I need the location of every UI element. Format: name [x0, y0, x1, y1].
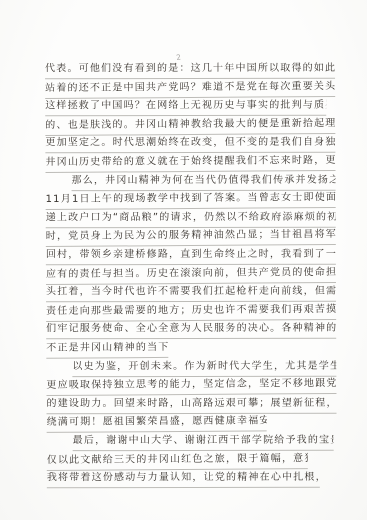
handwritten-line: 递上改户口为“商品粮”的请求，仍然以不给政府添麻烦的初心拒绝之 — [46, 208, 336, 228]
handwritten-line: 这样拯救了中国吗？在网络上无视历史与事实的批判与质疑是无益 — [45, 97, 335, 117]
handwritten-line: 代表。可他们没有看到的是：这几十年中国所以取得的如此大成就背后 — [45, 59, 335, 79]
handwritten-line: 应有的责任与担当。历史在滚滚向前，但共产党员的使命担当却始终在肩 — [46, 264, 336, 284]
handwritten-line-text: 站着的还不正是中国共产党吗？难道不是党在每次重要关头的全面决策才真正 — [45, 79, 335, 99]
handwritten-line: 的、也是肤浅的。井冈山精神教给我最大的便是重新拾起理想信念并 — [45, 115, 335, 135]
handwritten-line-text: 以史为鉴，开创未来。作为新时代大学生，尤其是学生党员，我们 — [72, 358, 336, 376]
handwritten-line-text: 井冈山历史带给的意义就在于始终提醒我们不忘来时路，更要勇敢前行。 — [45, 153, 335, 173]
handwritten-line-text: 应有的责任与担当。历史在滚滚向前，但共产党员的使命担当却始终在肩 — [46, 265, 336, 285]
handwritten-line-text: 那么，井冈山精神为何在当代仍值得我们传承并发扬之？我想我在 — [72, 172, 336, 190]
handwritten-line: 不正是井冈山精神的当下意义？ — [46, 338, 336, 358]
handwritten-line: 责任走向那些最需要的地方；历史也许不需要我们再艰苦摸爬，但需要我 — [46, 301, 336, 321]
handwritten-line-text: 更加坚定之。时代思潮始终在改变，但不变的是我们自身独立思考的能力。 — [45, 135, 335, 154]
handwritten-line: 仅以此文献给三天的井冈山红色之旅，限于篇幅，意犹未尽，但 — [47, 450, 337, 470]
handwritten-line-text: 仅以此文献给三天的井冈山红色之旅，限于篇幅，意犹未尽，但 — [47, 451, 308, 471]
handwritten-page: 2 代表。可他们没有看到的是：这几十年中国所以取得的如此大成就背后站着的还不正是… — [0, 0, 367, 520]
handwritten-line: 更应吸取保持独立思考的能力，坚定信念，坚定不移地跟党走，为党 — [46, 376, 336, 396]
handwritten-line-text: 更应吸取保持独立思考的能力，坚定信念，坚定不移地跟党走，为党 — [46, 376, 336, 396]
handwritten-line: 那么，井冈山精神为何在当代仍值得我们传承并发扬之？我想我在 — [45, 171, 335, 191]
handwritten-line: 绕满可期！愿祖国繁荣昌盛，愿西健康幸福安康！ — [47, 413, 337, 433]
handwritten-line: 最后，谢谢中山大学、谢谢江西干部学院给予我的宝贵机会。 — [47, 431, 337, 451]
handwritten-line-text: 不正是井冈山精神的当下意义？ — [46, 340, 168, 359]
handwritten-line-text: 11月1日上午的现场教学中找到了答案。当曾志女士即使面对阔别多年的儿子 — [46, 190, 336, 210]
handwritten-line-text: 绕满可期！愿祖国繁荣昌盛，愿西健康幸福安康！ — [47, 414, 268, 434]
handwritten-line-text: 递上改户口为“商品粮”的请求，仍然以不给政府添麻烦的初心拒绝之 — [46, 210, 336, 229]
handwritten-line-text: 时，党员身上为民为公的服务精神油然凸显；当甘祖昌将军功成名就后 — [46, 227, 336, 247]
handwritten-line: 以史为鉴，开创未来。作为新时代大学生，尤其是学生党员，我们 — [46, 357, 336, 377]
handwritten-line: 时，党员身上为民为公的服务精神油然凸显；当甘祖昌将军功成名就后 — [46, 227, 336, 247]
handwritten-line-text: 我将带着这份感动与力量认知，让党的精神在心中扎根，在未来开花。 — [47, 470, 320, 488]
handwritten-line-text: 这样拯救了中国吗？在网络上无视历史与事实的批判与质疑是无益 — [45, 98, 326, 116]
handwritten-line: 回村，带领乡亲建桥修路，直到生命终止之时，我看到了一名优秀的共产党员 — [46, 245, 336, 265]
handwritten-line: 更加坚定之。时代思潮始终在改变，但不变的是我们自身独立思考的能力。 — [45, 134, 335, 154]
handwritten-line: 井冈山历史带给的意义就在于始终提醒我们不忘来时路，更要勇敢前行。 — [45, 152, 335, 172]
handwritten-line-text: 回村，带领乡亲建桥修路，直到生命终止之时，我看到了一名优秀的共产党员 — [46, 247, 336, 266]
essay-lines: 代表。可他们没有看到的是：这几十年中国所以取得的如此大成就背后站着的还不正是中国… — [45, 59, 335, 60]
handwritten-line: 站着的还不正是中国共产党吗？难道不是党在每次重要关头的全面决策才真正 — [45, 78, 335, 98]
handwritten-line-text: 的、也是肤浅的。井冈山精神教给我最大的便是重新拾起理想信念并 — [45, 116, 335, 136]
handwritten-line: 11月1日上午的现场教学中找到了答案。当曾志女士即使面对阔别多年的儿子 — [46, 190, 336, 210]
handwritten-line-text: 们牢记服务使命、全心全意为人民服务的决心。各种精神的沿承与发扬 — [46, 321, 336, 340]
handwritten-line-text: 最后，谢谢中山大学、谢谢江西干部学院给予我的宝贵机会。 — [73, 433, 334, 451]
handwritten-line: 的建设助力。回望来时路，山高路远艰可攀；展望新征程，灿烂前景 — [46, 394, 336, 414]
handwritten-line: 们牢记服务使命、全心全意为人民服务的决心。各种精神的沿承与发扬 — [46, 320, 336, 340]
handwritten-line-text: 的建设助力。回望来时路，山高路远艰可攀；展望新征程，灿烂前景 — [46, 396, 336, 415]
handwritten-line-text: 头扛着，当今时代也许不需要我们扛起枪杆走向前线，但需要我们奔赴 — [46, 284, 336, 303]
handwritten-line-text: 责任走向那些最需要的地方；历史也许不需要我们再艰苦摸爬，但需要我 — [46, 302, 336, 322]
handwritten-line: 我将带着这份感动与力量认知，让党的精神在心中扎根，在未来开花。 — [47, 469, 337, 489]
handwritten-line: 头扛着，当今时代也许不需要我们扛起枪杆走向前线，但需要我们奔赴 — [46, 283, 336, 303]
handwritten-line-text: 代表。可他们没有看到的是：这几十年中国所以取得的如此大成就背后 — [45, 61, 335, 80]
